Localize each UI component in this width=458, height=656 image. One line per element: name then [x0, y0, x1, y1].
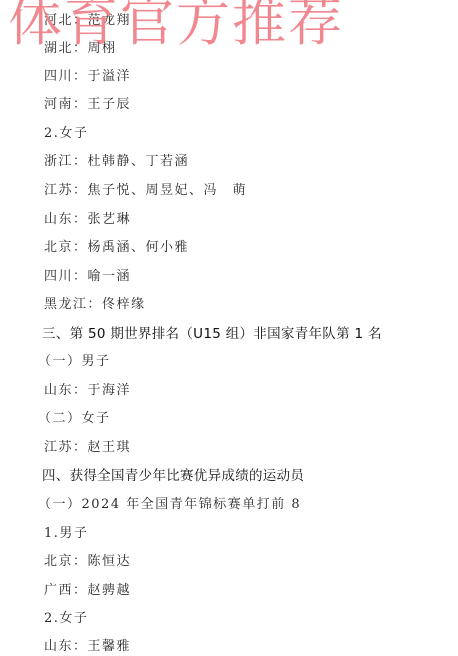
entry-jiangsu-women: 江苏：赵王琪 [44, 439, 131, 457]
entry-beijing: 北京：杨禹涵、何小雅 [44, 239, 189, 257]
section-heading-3: 三、第 50 期世界排名（U15 组）非国家青年队第 1 名 [42, 325, 382, 343]
entry-hubei: 湖北：周栩 [44, 40, 117, 58]
entry-henan: 河南：王子辰 [44, 96, 131, 114]
subsection-2024-championship: （一）2024 年全国青年锦标赛单打前 8 [38, 496, 301, 514]
section-heading-4: 四、获得全国青少年比赛优异成绩的运动员 [42, 467, 304, 485]
entry-zhejiang: 浙江：杜韩静、丁若涵 [44, 153, 189, 171]
subsection-women: （二）女子 [38, 410, 111, 428]
entry-hebei: 河北：范龙翔 [44, 12, 131, 30]
entry-shandong-women: 山东：王馨雅 [44, 638, 131, 656]
entry-shandong: 山东：张艺琳 [44, 211, 131, 229]
group-women: 2.女子 [44, 125, 88, 143]
entry-heilongjiang: 黑龙江：佟梓缘 [44, 296, 146, 314]
group-men: 1.男子 [44, 525, 88, 543]
entry-beijing-men: 北京：陈恒达 [44, 553, 131, 571]
entry-guangxi: 广西：赵骋越 [44, 582, 131, 600]
document-page: 河北：范龙翔 湖北：周栩 四川：于溢洋 河南：王子辰 2.女子 浙江：杜韩静、丁… [0, 0, 458, 656]
subsection-men: （一）男子 [38, 353, 111, 371]
entry-jiangsu: 江苏：焦子悦、周昱妃、冯 萌 [44, 182, 247, 200]
entry-sichuan-women: 四川：喻一涵 [44, 268, 131, 286]
entry-sichuan: 四川：于溢洋 [44, 68, 131, 86]
group-women-2: 2.女子 [44, 610, 88, 628]
entry-shandong-men: 山东：于海洋 [44, 382, 131, 400]
